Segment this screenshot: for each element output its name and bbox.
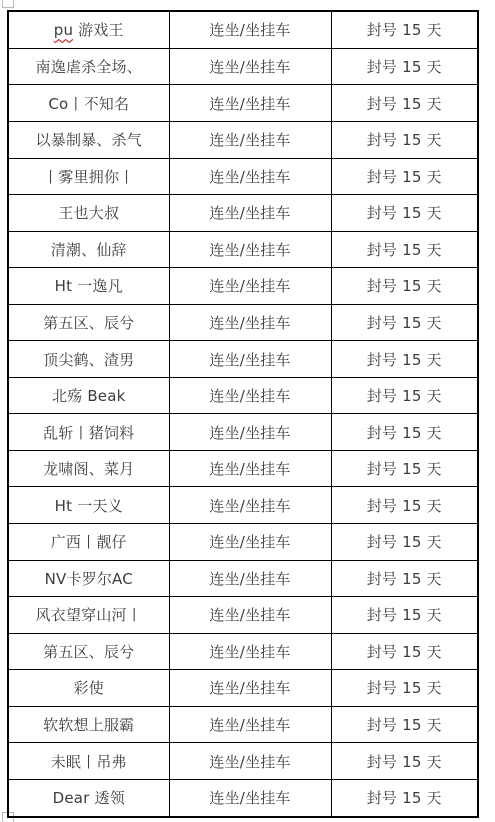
table-row: 未眠丨吊弗连坐/坐挂车封号 15 天 xyxy=(8,743,478,780)
punishment-cell: 封号 15 天 xyxy=(331,304,478,341)
player-name-cell: 顶尖鹤、渣男 xyxy=(8,341,169,378)
player-name-cell: 龙啸阁、菜月 xyxy=(8,450,169,487)
player-name-cell: 风衣望穿山河丨 xyxy=(8,597,169,634)
violation-cell: 连坐/坐挂车 xyxy=(169,195,331,232)
punishment-cell: 封号 15 天 xyxy=(331,706,478,743)
punishment-cell: 封号 15 天 xyxy=(331,414,478,451)
table-row: Dear 透领连坐/坐挂车封号 15 天 xyxy=(8,779,478,817)
player-name-cell: 北殇 Beak xyxy=(8,377,169,414)
punishment-cell: 封号 15 天 xyxy=(331,633,478,670)
punishment-cell: 封号 15 天 xyxy=(331,743,478,780)
punishment-cell: 封号 15 天 xyxy=(331,341,478,378)
player-name-cell: 软软想上服霸 xyxy=(8,706,169,743)
punishment-cell: 封号 15 天 xyxy=(331,597,478,634)
violation-cell: 连坐/坐挂车 xyxy=(169,414,331,451)
table-row: Co丨不知名连坐/坐挂车封号 15 天 xyxy=(8,85,478,122)
violation-cell: 连坐/坐挂车 xyxy=(169,268,331,305)
punishment-cell: 封号 15 天 xyxy=(331,524,478,561)
player-name-cell: 广西丨靓仔 xyxy=(8,524,169,561)
violation-cell: 连坐/坐挂车 xyxy=(169,597,331,634)
violation-cell: 连坐/坐挂车 xyxy=(169,231,331,268)
punishment-cell: 封号 15 天 xyxy=(331,85,478,122)
table-move-handle-artifact xyxy=(2,0,14,8)
table-row: 乱斩丨猪饲料连坐/坐挂车封号 15 天 xyxy=(8,414,478,451)
violation-cell: 连坐/坐挂车 xyxy=(169,487,331,524)
table-row: 北殇 Beak连坐/坐挂车封号 15 天 xyxy=(8,377,478,414)
player-name-cell: 第五区、辰兮 xyxy=(8,304,169,341)
player-name-cell: 王也大叔 xyxy=(8,195,169,232)
violation-cell: 连坐/坐挂车 xyxy=(169,779,331,817)
violation-cell: 连坐/坐挂车 xyxy=(169,524,331,561)
punishment-cell: 封号 15 天 xyxy=(331,450,478,487)
table-row: 南逸虐杀全场、连坐/坐挂车封号 15 天 xyxy=(8,48,478,85)
punishment-cell: 封号 15 天 xyxy=(331,487,478,524)
player-name-cell: 南逸虐杀全场、 xyxy=(8,48,169,85)
ban-list-table: pu 游戏王连坐/坐挂车封号 15 天南逸虐杀全场、连坐/坐挂车封号 15 天C… xyxy=(7,10,479,818)
punishment-cell: 封号 15 天 xyxy=(331,231,478,268)
table-row: 软软想上服霸连坐/坐挂车封号 15 天 xyxy=(8,706,478,743)
table-row: 第五区、辰兮连坐/坐挂车封号 15 天 xyxy=(8,633,478,670)
punishment-cell: 封号 15 天 xyxy=(331,195,478,232)
table-row: 彩使连坐/坐挂车封号 15 天 xyxy=(8,670,478,707)
table-row: 第五区、辰兮连坐/坐挂车封号 15 天 xyxy=(8,304,478,341)
player-name-cell: 彩使 xyxy=(8,670,169,707)
punishment-cell: 封号 15 天 xyxy=(331,268,478,305)
player-name-cell: 清潮、仙辞 xyxy=(8,231,169,268)
player-name-cell: pu 游戏王 xyxy=(8,11,169,48)
violation-cell: 连坐/坐挂车 xyxy=(169,670,331,707)
table-row: 广西丨靓仔连坐/坐挂车封号 15 天 xyxy=(8,524,478,561)
violation-cell: 连坐/坐挂车 xyxy=(169,85,331,122)
violation-cell: 连坐/坐挂车 xyxy=(169,560,331,597)
punishment-cell: 封号 15 天 xyxy=(331,48,478,85)
table-row: 顶尖鹤、渣男连坐/坐挂车封号 15 天 xyxy=(8,341,478,378)
player-name-cell: Ht 一天义 xyxy=(8,487,169,524)
punishment-cell: 封号 15 天 xyxy=(331,158,478,195)
document-page: pu 游戏王连坐/坐挂车封号 15 天南逸虐杀全场、连坐/坐挂车封号 15 天C… xyxy=(0,0,495,822)
table-row: 龙啸阁、菜月连坐/坐挂车封号 15 天 xyxy=(8,450,478,487)
player-name-cell: 未眠丨吊弗 xyxy=(8,743,169,780)
player-name-cell: 第五区、辰兮 xyxy=(8,633,169,670)
violation-cell: 连坐/坐挂车 xyxy=(169,377,331,414)
violation-cell: 连坐/坐挂车 xyxy=(169,304,331,341)
violation-cell: 连坐/坐挂车 xyxy=(169,341,331,378)
violation-cell: 连坐/坐挂车 xyxy=(169,158,331,195)
player-name-cell: 以暴制暴、杀气 xyxy=(8,121,169,158)
punishment-cell: 封号 15 天 xyxy=(331,11,478,48)
player-name-cell: Co丨不知名 xyxy=(8,85,169,122)
punishment-cell: 封号 15 天 xyxy=(331,779,478,817)
table-row: Ht 一逸凡连坐/坐挂车封号 15 天 xyxy=(8,268,478,305)
violation-cell: 连坐/坐挂车 xyxy=(169,48,331,85)
punishment-cell: 封号 15 天 xyxy=(331,670,478,707)
table-row: 风衣望穿山河丨连坐/坐挂车封号 15 天 xyxy=(8,597,478,634)
player-name-cell: NV卡罗尔AC xyxy=(8,560,169,597)
table-row: 以暴制暴、杀气连坐/坐挂车封号 15 天 xyxy=(8,121,478,158)
player-name-cell: 乱斩丨猪饲料 xyxy=(8,414,169,451)
punishment-cell: 封号 15 天 xyxy=(331,560,478,597)
table-row: pu 游戏王连坐/坐挂车封号 15 天 xyxy=(8,11,478,48)
player-name-cell: Ht 一逸凡 xyxy=(8,268,169,305)
violation-cell: 连坐/坐挂车 xyxy=(169,633,331,670)
player-name-cell: Dear 透领 xyxy=(8,779,169,817)
table-row: 清潮、仙辞连坐/坐挂车封号 15 天 xyxy=(8,231,478,268)
violation-cell: 连坐/坐挂车 xyxy=(169,11,331,48)
violation-cell: 连坐/坐挂车 xyxy=(169,706,331,743)
violation-cell: 连坐/坐挂车 xyxy=(169,121,331,158)
punishment-cell: 封号 15 天 xyxy=(331,377,478,414)
table-row: 丨雾里拥你丨连坐/坐挂车封号 15 天 xyxy=(8,158,478,195)
player-name-cell: 丨雾里拥你丨 xyxy=(8,158,169,195)
violation-cell: 连坐/坐挂车 xyxy=(169,450,331,487)
punishment-cell: 封号 15 天 xyxy=(331,121,478,158)
table-row: 王也大叔连坐/坐挂车封号 15 天 xyxy=(8,195,478,232)
violation-cell: 连坐/坐挂车 xyxy=(169,743,331,780)
table-row: Ht 一天义连坐/坐挂车封号 15 天 xyxy=(8,487,478,524)
table-row: NV卡罗尔AC连坐/坐挂车封号 15 天 xyxy=(8,560,478,597)
spellcheck-underlined-word: pu xyxy=(54,21,73,39)
